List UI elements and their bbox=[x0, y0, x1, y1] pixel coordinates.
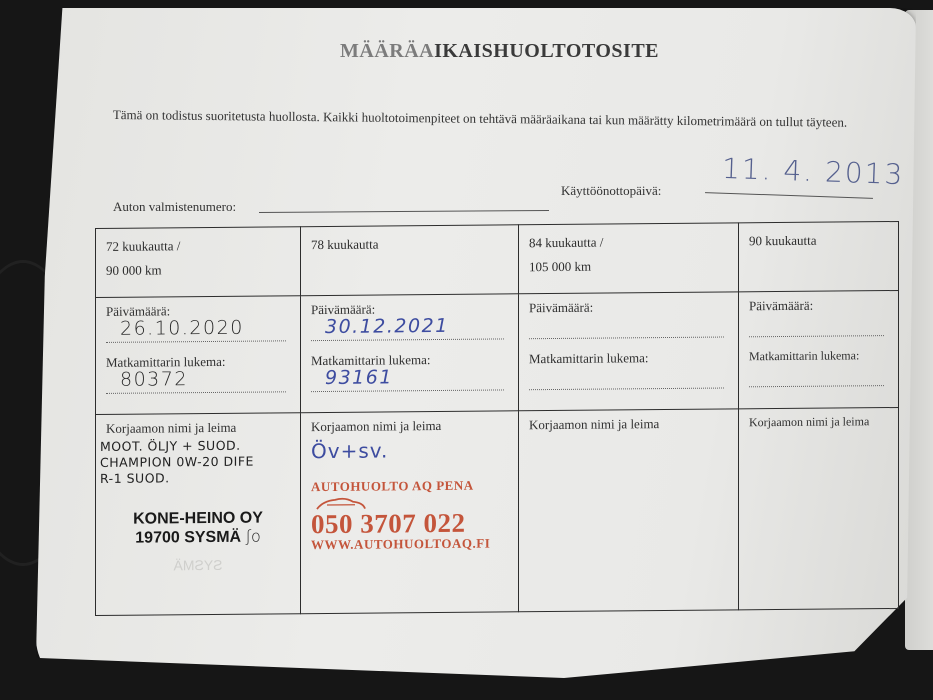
workshop-row: Korjaamon nimi ja leima MOOT. ÖLJY + SUO… bbox=[96, 407, 899, 615]
interval-cell-84: 84 kuukautta /105 000 km bbox=[519, 223, 739, 294]
service-entry-90: Päivämäärä: Matkamittarin lukema: bbox=[739, 290, 899, 408]
date-field[interactable]: 26.10.2020 bbox=[106, 318, 286, 343]
odometer-field[interactable] bbox=[749, 363, 884, 387]
date-odometer-row: Päivämäärä: 26.10.2020 Matkamittarin luk… bbox=[96, 290, 899, 414]
document-title: MÄÄRÄAIKAISHUOLTOTOSITE bbox=[340, 40, 659, 63]
interval-cell-72: 72 kuukautta /90 000 km bbox=[96, 227, 301, 298]
show-through-text: SYSMÄ bbox=[106, 556, 290, 574]
odometer-field[interactable]: 80372 bbox=[106, 369, 286, 394]
workshop-label: Korjaamon nimi ja leima bbox=[529, 415, 728, 433]
date-field[interactable] bbox=[529, 315, 724, 340]
workshop-cell-78: Korjaamon nimi ja leima Öv+sv. AUTOHUOLT… bbox=[301, 411, 519, 614]
date-value: 30.12.2021 bbox=[325, 315, 449, 338]
service-entry-78: Päivämäärä: 30.12.2021 Matkamittarin luk… bbox=[301, 294, 519, 413]
workshop-stamp: KONE-HEINO OY 19700 SYSMÄ ʃo bbox=[106, 509, 290, 548]
odometer-value: 93161 bbox=[325, 366, 393, 389]
workshop-label: Korjaamon nimi ja leima bbox=[749, 414, 888, 430]
first-use-date-field[interactable] bbox=[705, 192, 873, 199]
workshop-cell-90: Korjaamon nimi ja leima bbox=[739, 407, 899, 609]
odometer-field[interactable]: 93161 bbox=[311, 367, 504, 392]
vin-label: Auton valmistenumero: bbox=[113, 199, 236, 215]
service-entry-84: Päivämäärä: Matkamittarin lukema: bbox=[519, 292, 739, 411]
odometer-label: Matkamittarin lukema: bbox=[749, 348, 888, 364]
workshop-stamp: AUTOHUOLTO AQ PENA 050 3707 022 WWW.AUTO… bbox=[311, 477, 508, 553]
date-label: Päivämäärä: bbox=[529, 298, 728, 316]
odometer-label: Matkamittarin lukema: bbox=[529, 349, 728, 367]
date-value: 26.10.2020 bbox=[120, 317, 244, 340]
date-label: Päivämäärä: bbox=[749, 297, 888, 314]
interval-cell-78: 78 kuukautta bbox=[301, 225, 519, 296]
first-use-date-label: Käyttöönottopäivä: bbox=[561, 183, 661, 199]
first-use-date-value: 11. 4. 2013 bbox=[721, 152, 904, 191]
workshop-label: Korjaamon nimi ja leima bbox=[311, 417, 508, 435]
interval-row: 72 kuukautta /90 000 km 78 kuukautta 84 … bbox=[96, 221, 899, 297]
odometer-value: 80372 bbox=[120, 368, 188, 391]
workshop-label: Korjaamon nimi ja leima bbox=[106, 419, 290, 437]
date-field[interactable] bbox=[749, 313, 884, 337]
signature: ʃo bbox=[246, 527, 261, 546]
service-notes: Öv+sv. bbox=[311, 437, 508, 463]
service-record-table: 72 kuukautta /90 000 km 78 kuukautta 84 … bbox=[95, 221, 899, 616]
interval-cell-90: 90 kuukautta bbox=[739, 221, 899, 291]
date-field[interactable]: 30.12.2021 bbox=[311, 316, 504, 341]
workshop-cell-72: Korjaamon nimi ja leima MOOT. ÖLJY + SUO… bbox=[96, 413, 301, 616]
workshop-cell-84: Korjaamon nimi ja leima bbox=[519, 409, 739, 612]
vin-field[interactable] bbox=[259, 210, 549, 213]
service-entry-72: Päivämäärä: 26.10.2020 Matkamittarin luk… bbox=[96, 296, 301, 415]
service-notes: MOOT. ÖLJY + SUOD. CHAMPION 0W-20 DIFE R… bbox=[100, 437, 290, 487]
odometer-field[interactable] bbox=[529, 366, 724, 391]
